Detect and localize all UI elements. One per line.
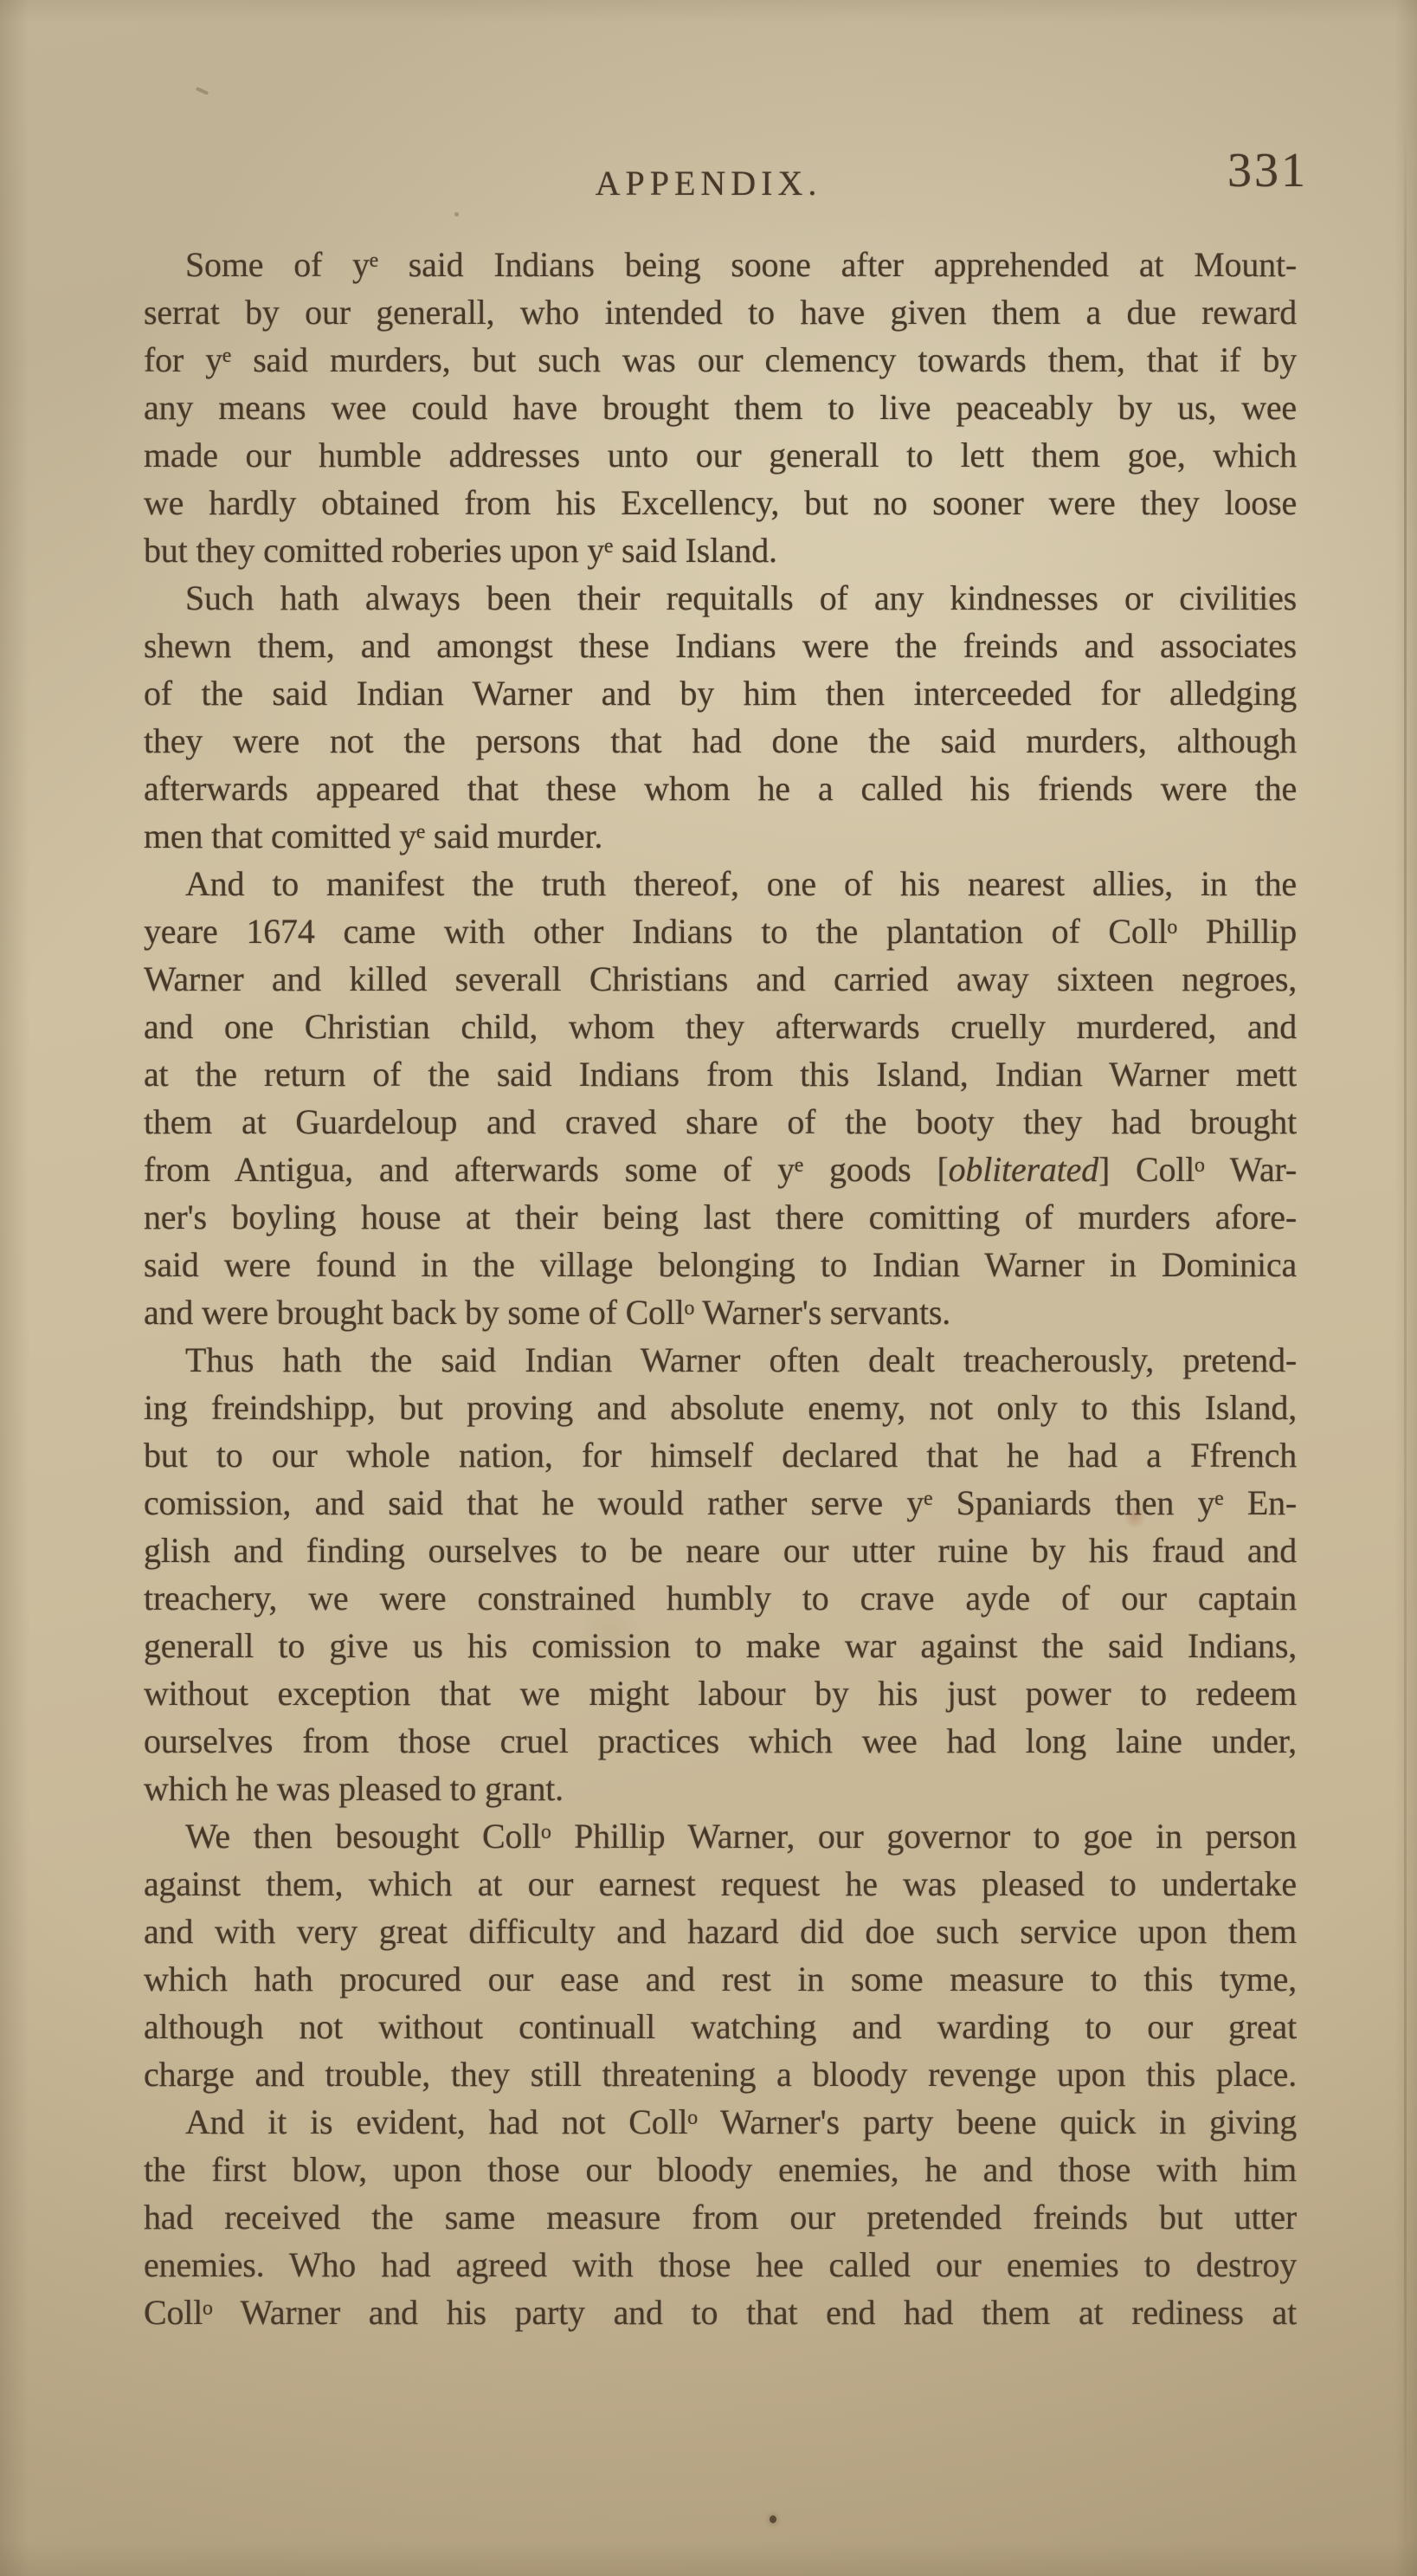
reddish-stain (1122, 1507, 1148, 1527)
text-segment: at the return of the said Indians from t… (144, 1055, 1297, 1094)
text-segment: but to our whole nation, for himself dec… (144, 1436, 1297, 1475)
text-line: for yᵉ said murders, but such was our cl… (144, 336, 1297, 384)
soft-stain (571, 1602, 649, 1662)
text-segment: Thus hath the said Indian Warner often d… (185, 1340, 1297, 1379)
text-line: yeare 1674 came with other Indians to th… (144, 907, 1297, 955)
text-segment: against them, which at our earnest reque… (144, 1864, 1297, 1903)
italic-text-segment: obliterated (949, 1150, 1098, 1189)
text-segment: but they comitted roberies upon yᵉ said … (144, 531, 777, 570)
paragraph: And it is evident, had not Collᵒ Warner'… (144, 2098, 1297, 2336)
text-segment: said were found in the village belonging… (144, 1245, 1297, 1284)
page-number: 331 (1227, 145, 1308, 196)
text-line: ourselves from those cruel practices whi… (144, 1717, 1297, 1765)
text-segment: had received the same measure from our p… (144, 2198, 1297, 2237)
text-segment: And it is evident, had not Collᵒ Warner'… (185, 2102, 1297, 2141)
text-segment: generall to give us his comission to mak… (144, 1626, 1297, 1665)
text-line: although not without continuall watching… (144, 2003, 1297, 2050)
text-line: We then besought Collᵒ Phillip Warner, o… (144, 1812, 1297, 1860)
text-line: serrat by our generall, who intended to … (144, 288, 1297, 336)
text-line: and with very great difficulty and hazar… (144, 1908, 1297, 1955)
text-line: which he was pleased to grant. (144, 1765, 1297, 1812)
text-line: any means wee could have brought them to… (144, 384, 1297, 431)
text-segment: And to manifest the truth thereof, one o… (185, 864, 1297, 903)
text-segment: Such hath always been their requitalls o… (185, 578, 1297, 617)
text-line: from Antigua, and afterwards some of yᵉ … (144, 1146, 1297, 1193)
running-header-title: APPENDIX. (0, 165, 1417, 203)
text-segment: the first blow, upon those our bloody en… (144, 2150, 1297, 2189)
text-segment: men that comitted yᵉ said murder. (144, 817, 602, 855)
text-segment: for yᵉ said murders, but such was our cl… (144, 340, 1297, 379)
text-line: Some of yᵉ said Indians being soone afte… (144, 241, 1297, 288)
paragraph: Such hath always been their requitalls o… (144, 574, 1297, 860)
text-segment: and one Christian child, whom they after… (144, 1007, 1297, 1046)
text-segment: of the said Indian Warner and by him the… (144, 674, 1297, 713)
text-line: and one Christian child, whom they after… (144, 1003, 1297, 1050)
text-segment: from Antigua, and afterwards some of yᵉ … (144, 1150, 949, 1189)
paragraph: Some of yᵉ said Indians being soone afte… (144, 241, 1297, 574)
text-segment: ner's boyling house at their being last … (144, 1198, 1297, 1236)
text-line: generall to give us his comission to mak… (144, 1622, 1297, 1669)
text-segment: Warner and killed severall Christians an… (144, 959, 1297, 998)
text-segment: yeare 1674 came with other Indians to th… (144, 912, 1297, 951)
page-right-edge-line (1404, 121, 1407, 2576)
text-segment: ] Collᵒ War- (1098, 1150, 1297, 1189)
text-segment: enemies. Who had agreed with those hee c… (144, 2245, 1297, 2284)
scanned-book-page: APPENDIX. 331 Some of yᵉ said Indians be… (0, 0, 1417, 2576)
text-segment: we hardly obtained from his Excellency, … (144, 483, 1297, 522)
text-line: they were not the persons that had done … (144, 717, 1297, 765)
text-segment: made our humble addresses unto our gener… (144, 436, 1297, 475)
text-segment: and were brought back by some of Collᵒ W… (144, 1293, 950, 1332)
text-line: men that comitted yᵉ said murder. (144, 812, 1297, 860)
text-segment: shewn them, and amongst these Indians we… (144, 626, 1297, 665)
text-segment: without exception that we might labour b… (144, 1674, 1297, 1713)
text-line: but to our whole nation, for himself dec… (144, 1431, 1297, 1479)
paragraph: Thus hath the said Indian Warner often d… (144, 1336, 1297, 1812)
text-segment: We then besought Collᵒ Phillip Warner, o… (185, 1817, 1297, 1856)
text-segment: Some of yᵉ said Indians being soone afte… (185, 245, 1297, 284)
text-line: but they comitted roberies upon yᵉ said … (144, 526, 1297, 574)
text-segment: serrat by our generall, who intended to … (144, 293, 1297, 332)
text-line: against them, which at our earnest reque… (144, 1860, 1297, 1908)
page-text-body: Some of yᵉ said Indians being soone afte… (144, 241, 1297, 2336)
text-segment: which hath procured our ease and rest in… (144, 1959, 1297, 1998)
text-line: said were found in the village belonging… (144, 1241, 1297, 1288)
text-line: glish and finding ourselves to be neare … (144, 1527, 1297, 1574)
text-segment: charge and trouble, they still threateni… (144, 2055, 1297, 2094)
text-segment: them at Guardeloup and craved share of t… (144, 1102, 1297, 1141)
ink-speck (770, 2515, 776, 2523)
scratch-mark (196, 87, 209, 95)
text-line: And to manifest the truth thereof, one o… (144, 860, 1297, 907)
text-segment: which he was pleased to grant. (144, 1769, 564, 1808)
text-segment: afterwards appeared that these whom he a… (144, 769, 1297, 808)
text-line: which hath procured our ease and rest in… (144, 1955, 1297, 2003)
text-line: treachery, we were constrained humbly to… (144, 1574, 1297, 1622)
text-segment: although not without continuall watching… (144, 2007, 1297, 2046)
text-line: Such hath always been their requitalls o… (144, 574, 1297, 622)
text-segment: any means wee could have brought them to… (144, 388, 1297, 427)
text-segment: treachery, we were constrained humbly to… (144, 1579, 1297, 1617)
text-line: Warner and killed severall Christians an… (144, 955, 1297, 1003)
text-line: made our humble addresses unto our gener… (144, 431, 1297, 479)
text-line: ing freindshipp, but proving and absolut… (144, 1384, 1297, 1431)
text-line: and were brought back by some of Collᵒ W… (144, 1288, 1297, 1336)
text-segment: glish and finding ourselves to be neare … (144, 1531, 1297, 1570)
text-line: had received the same measure from our p… (144, 2193, 1297, 2241)
text-line: Collᵒ Warner and his party and to that e… (144, 2289, 1297, 2336)
text-line: we hardly obtained from his Excellency, … (144, 479, 1297, 526)
text-line: of the said Indian Warner and by him the… (144, 669, 1297, 717)
text-line: Thus hath the said Indian Warner often d… (144, 1336, 1297, 1384)
text-line: charge and trouble, they still threateni… (144, 2050, 1297, 2098)
text-segment: they were not the persons that had done … (144, 721, 1297, 760)
text-segment: ourselves from those cruel practices whi… (144, 1721, 1297, 1760)
paragraph: And to manifest the truth thereof, one o… (144, 860, 1297, 1336)
text-line: them at Guardeloup and craved share of t… (144, 1098, 1297, 1146)
text-segment: Collᵒ Warner and his party and to that e… (144, 2293, 1297, 2332)
text-line: the first blow, upon those our bloody en… (144, 2146, 1297, 2193)
paragraph: We then besought Collᵒ Phillip Warner, o… (144, 1812, 1297, 2098)
text-line: without exception that we might labour b… (144, 1669, 1297, 1717)
text-line: afterwards appeared that these whom he a… (144, 765, 1297, 812)
text-line: enemies. Who had agreed with those hee c… (144, 2241, 1297, 2289)
text-line: shewn them, and amongst these Indians we… (144, 622, 1297, 669)
ink-speck-faint (454, 212, 459, 216)
text-line: And it is evident, had not Collᵒ Warner'… (144, 2098, 1297, 2146)
text-segment: ing freindshipp, but proving and absolut… (144, 1388, 1297, 1427)
text-line: ner's boyling house at their being last … (144, 1193, 1297, 1241)
text-segment: and with very great difficulty and hazar… (144, 1912, 1297, 1951)
text-line: at the return of the said Indians from t… (144, 1050, 1297, 1098)
